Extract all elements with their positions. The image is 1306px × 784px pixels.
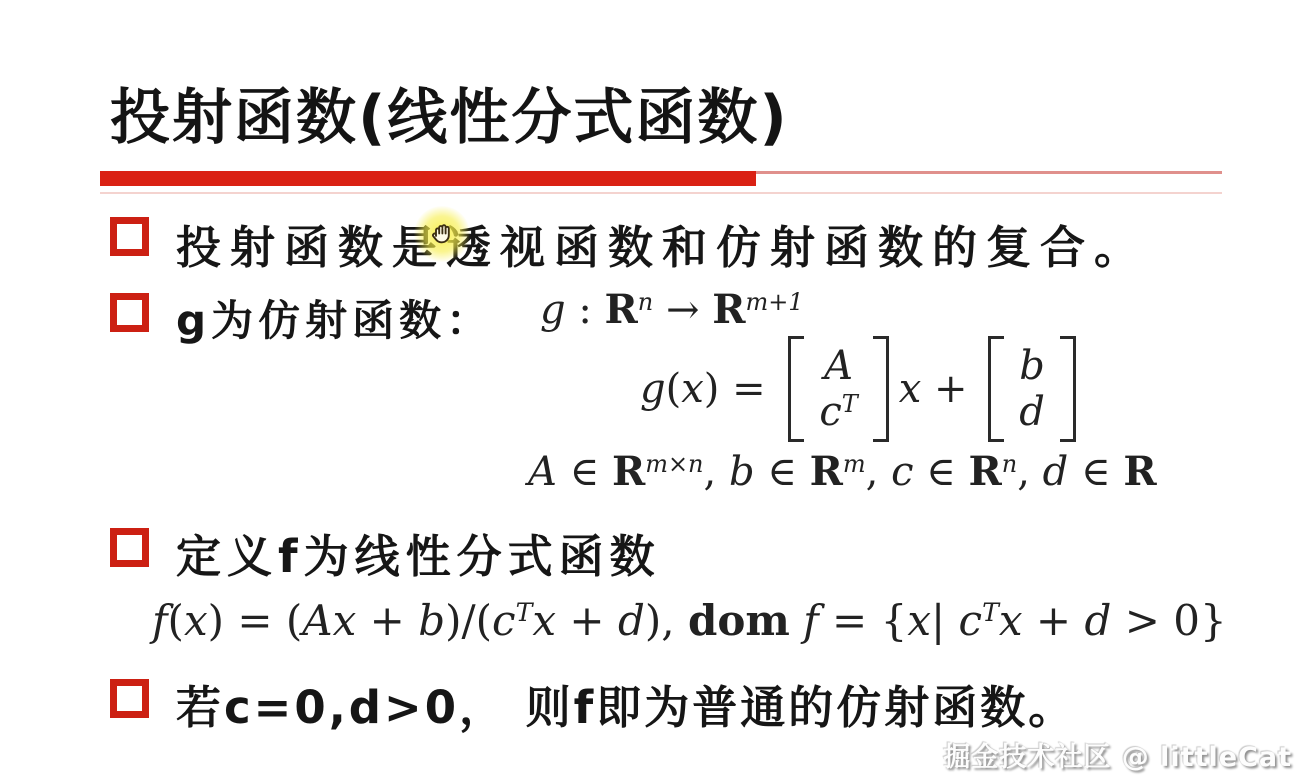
matrix-cell-A: A: [819, 344, 857, 388]
bullet-4-text: 若c=0,d>0， 则f即为普通的仿射函数。: [176, 671, 1076, 736]
right-bracket: [1060, 336, 1076, 442]
slide: 投射函数(线性分式函数) 投射函数是透视函数和仿射函数的复合。 g为仿射函数： …: [0, 0, 1306, 784]
matrix-cell-d: d: [1019, 390, 1045, 434]
left-bracket: [988, 336, 1004, 442]
matrix-b-d: b d: [988, 336, 1076, 442]
bullet-2-text: g为仿射函数：: [176, 288, 493, 348]
g-matrix-equation: g(x) = A cT x + b d: [640, 333, 1076, 445]
matrix-cell-cT: cT: [819, 390, 857, 434]
g-eq-lhs: g(x) =: [640, 366, 778, 412]
left-bracket: [788, 336, 804, 442]
matrix-cell-b: b: [1019, 344, 1045, 388]
title-underline-thick: [100, 171, 756, 186]
f-definition-formula: f(x) = (Ax + b)/(cTx + d), dom f = {x| c…: [152, 596, 1227, 645]
right-bracket: [873, 336, 889, 442]
title-underline-shadow: [100, 192, 1222, 194]
hand-cursor-icon: [414, 206, 470, 262]
g-eq-x-plus: x +: [899, 366, 981, 412]
matrix-A-cT: A cT: [788, 336, 888, 442]
bullet-square-3: [110, 528, 149, 567]
g-signature-formula: g : Rn → Rm+1: [540, 286, 804, 333]
bullet-1-text: 投射函数是透视函数和仿射函数的复合。: [176, 211, 1148, 276]
page-title: 投射函数(线性分式函数): [110, 70, 789, 156]
hand-cursor-glyph: [426, 217, 458, 251]
bullet-square-4: [110, 679, 149, 718]
domain-constraints-formula: A ∈ Rm×n, b ∈ Rm, c ∈ Rn, d ∈ R: [528, 448, 1157, 495]
bullet-3-text: 定义f为线性分式函数: [176, 520, 661, 585]
watermark: 掘金技术社区 @ littleCat: [943, 735, 1292, 774]
bullet-square-1: [110, 217, 149, 256]
bullet-square-2: [110, 293, 149, 332]
title-underline-thin: [756, 171, 1222, 174]
